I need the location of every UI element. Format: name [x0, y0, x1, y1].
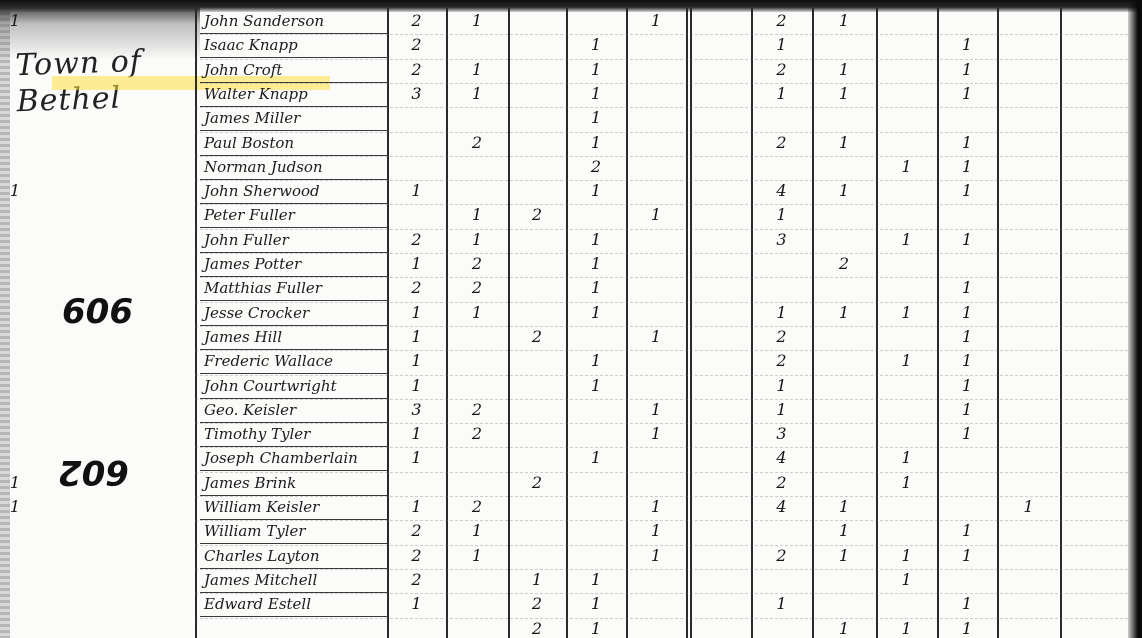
tally-cell: 1 — [892, 350, 922, 372]
tally-cell: 1 — [829, 302, 859, 324]
tally-cell: 1 — [952, 618, 982, 638]
tally-cell: 1 — [952, 326, 982, 348]
tally-cell: 1 — [952, 34, 982, 56]
tally-cell: 1 — [641, 423, 671, 445]
margin-number-top: 606 — [62, 292, 133, 332]
tally-cell: 1 — [641, 10, 671, 32]
tally-cell: 2 — [462, 399, 492, 421]
tally-cell: 2 — [767, 472, 797, 494]
tally-cell: 1 — [402, 447, 432, 469]
tally-cell: 1 — [581, 132, 611, 154]
tally-cell: 3 — [402, 399, 432, 421]
tally-cell: 1 — [462, 59, 492, 81]
resident-name: John Fuller — [200, 229, 388, 253]
page-right-edge — [1128, 0, 1142, 638]
tally-cell: 4 — [767, 180, 797, 202]
tally-cell: 1 — [1014, 496, 1044, 518]
tally-cell: 1 — [581, 447, 611, 469]
tally-cell: 1 — [581, 569, 611, 591]
tally-cell: 1 — [0, 496, 30, 518]
tally-cell: 2 — [402, 10, 432, 32]
census-page: Town of Bethel 606 602 John SandersonIsa… — [0, 0, 1142, 638]
scan-top-edge — [0, 0, 1142, 12]
tally-cell: 4 — [767, 447, 797, 469]
tally-cell: 2 — [402, 277, 432, 299]
resident-name: Paul Boston — [200, 132, 388, 156]
tally-cell: 1 — [462, 83, 492, 105]
tally-cell: 1 — [767, 375, 797, 397]
tally-cell: 2 — [767, 132, 797, 154]
tally-cell: 1 — [829, 180, 859, 202]
tally-cell: 1 — [641, 399, 671, 421]
column-rule — [626, 8, 628, 638]
tally-cell: 3 — [402, 83, 432, 105]
tally-cell: 1 — [581, 277, 611, 299]
resident-name: James Potter — [200, 253, 388, 277]
tally-cell: 1 — [462, 10, 492, 32]
column-rule — [508, 8, 510, 638]
tally-cell: 1 — [581, 350, 611, 372]
tally-cell: 1 — [581, 59, 611, 81]
tally-cell: 1 — [952, 545, 982, 567]
tally-cell: 1 — [952, 180, 982, 202]
tally-cell: 1 — [892, 545, 922, 567]
tally-cell: 1 — [581, 107, 611, 129]
resident-name: Peter Fuller — [200, 204, 388, 228]
tally-cell: 2 — [462, 277, 492, 299]
tally-cell: 2 — [767, 10, 797, 32]
column-rule — [566, 8, 568, 638]
column-rule — [690, 8, 692, 638]
tally-cell: 1 — [952, 520, 982, 542]
tally-cell: 2 — [581, 156, 611, 178]
tally-cell: 2 — [522, 204, 552, 226]
tally-cell: 1 — [581, 34, 611, 56]
tally-cell: 1 — [402, 423, 432, 445]
tally-cell: 2 — [462, 496, 492, 518]
column-rule — [876, 8, 878, 638]
tally-cell: 1 — [0, 472, 30, 494]
column-rule — [751, 8, 753, 638]
tally-cell: 1 — [892, 472, 922, 494]
tally-cell: 2 — [402, 59, 432, 81]
tally-cell: 1 — [767, 399, 797, 421]
column-rule — [937, 8, 939, 638]
tally-cell: 1 — [462, 302, 492, 324]
resident-name: Joseph Chamberlain — [200, 447, 388, 471]
tally-cell: 1 — [641, 520, 671, 542]
tally-cell: 1 — [402, 593, 432, 615]
resident-name: James Brink — [200, 472, 388, 496]
tally-cell: 1 — [952, 229, 982, 251]
tally-cell: 1 — [522, 569, 552, 591]
tally-cell: 1 — [829, 618, 859, 638]
tally-cell: 1 — [952, 399, 982, 421]
resident-name: Charles Layton — [200, 545, 388, 569]
resident-name: Walter Knapp — [200, 83, 388, 107]
tally-cell: 1 — [892, 618, 922, 638]
resident-name: Isaac Knapp — [200, 34, 388, 58]
tally-cell: 2 — [522, 326, 552, 348]
tally-cell: 1 — [952, 302, 982, 324]
tally-cell: 1 — [402, 180, 432, 202]
page-left-edge — [0, 0, 10, 638]
column-rule — [812, 8, 814, 638]
tally-cell: 1 — [829, 132, 859, 154]
tally-cell: 2 — [402, 545, 432, 567]
tally-cell: 1 — [641, 204, 671, 226]
tally-cell: 1 — [581, 83, 611, 105]
tally-cell: 1 — [829, 520, 859, 542]
tally-cell: 1 — [641, 496, 671, 518]
resident-name: John Courtwright — [200, 375, 388, 399]
tally-cell: 2 — [829, 253, 859, 275]
tally-cell: 2 — [522, 472, 552, 494]
column-rule — [1060, 8, 1062, 638]
tally-cell: 2 — [522, 618, 552, 638]
tally-cell: 2 — [462, 132, 492, 154]
tally-cell: 1 — [581, 302, 611, 324]
tally-cell: 1 — [829, 59, 859, 81]
tally-cell: 1 — [402, 496, 432, 518]
tally-cell: 2 — [402, 229, 432, 251]
tally-cell: 4 — [767, 496, 797, 518]
tally-cell: 3 — [767, 423, 797, 445]
tally-cell: 2 — [402, 569, 432, 591]
tally-cell: 2 — [402, 34, 432, 56]
resident-name: James Miller — [200, 107, 388, 131]
resident-name: Norman Judson — [200, 156, 388, 180]
tally-cell: 2 — [462, 423, 492, 445]
tally-cell: 1 — [952, 132, 982, 154]
tally-cell: 1 — [767, 302, 797, 324]
tally-cell: 1 — [402, 302, 432, 324]
tally-cell: 1 — [641, 545, 671, 567]
tally-cell: 1 — [767, 83, 797, 105]
tally-cell: 1 — [952, 350, 982, 372]
resident-name: Jesse Crocker — [200, 302, 388, 326]
tally-cell: 1 — [581, 618, 611, 638]
resident-name — [200, 618, 388, 638]
tally-cell: 1 — [402, 253, 432, 275]
tally-cell: 3 — [767, 229, 797, 251]
resident-name: John Sanderson — [200, 10, 388, 34]
tally-cell: 1 — [581, 229, 611, 251]
column-rule — [446, 8, 448, 638]
tally-cell: 1 — [892, 569, 922, 591]
column-rule — [195, 8, 197, 638]
margin-number-bottom: 602 — [58, 452, 129, 492]
tally-cell: 1 — [829, 10, 859, 32]
tally-cell: 1 — [952, 593, 982, 615]
tally-cell: 2 — [767, 350, 797, 372]
tally-cell: 2 — [767, 59, 797, 81]
resident-name: William Tyler — [200, 520, 388, 544]
tally-cell: 1 — [0, 10, 30, 32]
tally-cell: 1 — [402, 326, 432, 348]
tally-cell: 1 — [767, 593, 797, 615]
tally-cell: 1 — [462, 204, 492, 226]
resident-name: Matthias Fuller — [200, 277, 388, 301]
column-rule — [997, 8, 999, 638]
tally-cell: 1 — [829, 496, 859, 518]
resident-name: James Mitchell — [200, 569, 388, 593]
tally-cell: 1 — [892, 447, 922, 469]
resident-name: Geo. Keisler — [200, 399, 388, 423]
tally-cell: 1 — [952, 59, 982, 81]
tally-cell: 1 — [462, 520, 492, 542]
resident-name: Frederic Wallace — [200, 350, 388, 374]
tally-cell: 1 — [581, 253, 611, 275]
resident-name: Timothy Tyler — [200, 423, 388, 447]
highlighted-name: John Croft — [200, 59, 388, 83]
tally-cell: 1 — [952, 423, 982, 445]
tally-cell: 1 — [892, 302, 922, 324]
column-rule — [686, 8, 688, 638]
resident-name: John Sherwood — [200, 180, 388, 204]
tally-cell: 2 — [767, 326, 797, 348]
tally-cell: 2 — [462, 253, 492, 275]
tally-cell: 1 — [952, 156, 982, 178]
tally-cell: 1 — [0, 180, 30, 202]
tally-cell: 1 — [952, 375, 982, 397]
resident-name: Edward Estell — [200, 593, 388, 617]
tally-cell: 1 — [767, 204, 797, 226]
tally-cell: 1 — [402, 375, 432, 397]
tally-cell: 1 — [402, 350, 432, 372]
tally-cell: 1 — [892, 229, 922, 251]
tally-cell: 2 — [522, 593, 552, 615]
tally-cell: 1 — [462, 545, 492, 567]
tally-cell: 1 — [462, 229, 492, 251]
tally-cell: 1 — [892, 156, 922, 178]
resident-name: William Keisler — [200, 496, 388, 520]
resident-name: James Hill — [200, 326, 388, 350]
tally-cell: 1 — [952, 277, 982, 299]
tally-cell: 1 — [767, 34, 797, 56]
tally-cell: 1 — [829, 545, 859, 567]
tally-cell: 1 — [581, 375, 611, 397]
tally-cell: 1 — [641, 326, 671, 348]
tally-cell: 2 — [767, 545, 797, 567]
tally-cell: 1 — [581, 593, 611, 615]
tally-cell: 1 — [952, 83, 982, 105]
tally-cell: 1 — [829, 83, 859, 105]
tally-cell: 1 — [581, 180, 611, 202]
tally-cell: 2 — [402, 520, 432, 542]
